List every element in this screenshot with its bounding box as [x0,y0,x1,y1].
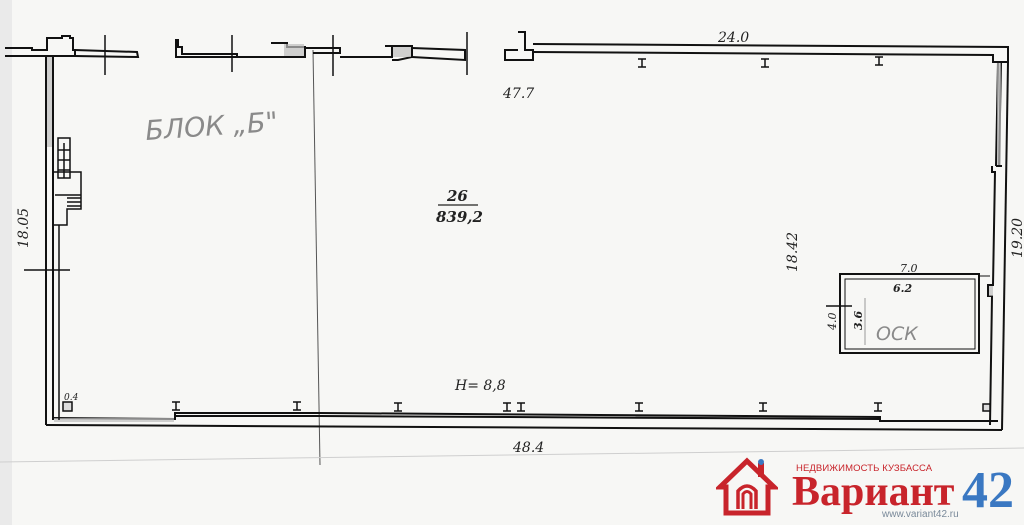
dimension-top-inner: 47.7 [502,86,534,102]
dimension-top-overall: 24.0 [717,30,749,46]
watermark-url: www.variant42.ru [882,509,959,520]
dimension-right: 19.20 [1010,218,1024,258]
ceiling-height: H= 8,8 [454,378,506,394]
house-icon [716,457,778,517]
watermark-logo: НЕДВИЖИМОСТЬ КУЗБАССА Вариант 42 www.var… [708,455,1024,525]
inner-room-height-outer: 4.0 [826,313,839,332]
dimension-bottom: 48.4 [512,440,544,456]
inner-room-height-inner: 3.6 [852,311,865,330]
dimension-inner-vertical: 18.42 [785,232,801,272]
room-number: 26 [446,187,468,205]
watermark-number: 42 [962,463,1014,519]
corner-shaft-right [983,404,990,411]
inner-room-label: ОСК [876,323,919,345]
inner-room-width-outer: 7.0 [900,262,918,275]
inner-room-width-inner: 6.2 [893,282,912,295]
room-area: 839,2 [436,208,483,226]
corner-mark: 0.4 [64,393,79,403]
floor-plan: БЛОК „Б" 47.7 24.0 26 839,2 18.05 19.20 … [0,0,1024,525]
dimension-left: 18.05 [16,208,32,248]
corner-shaft-left [63,402,72,411]
